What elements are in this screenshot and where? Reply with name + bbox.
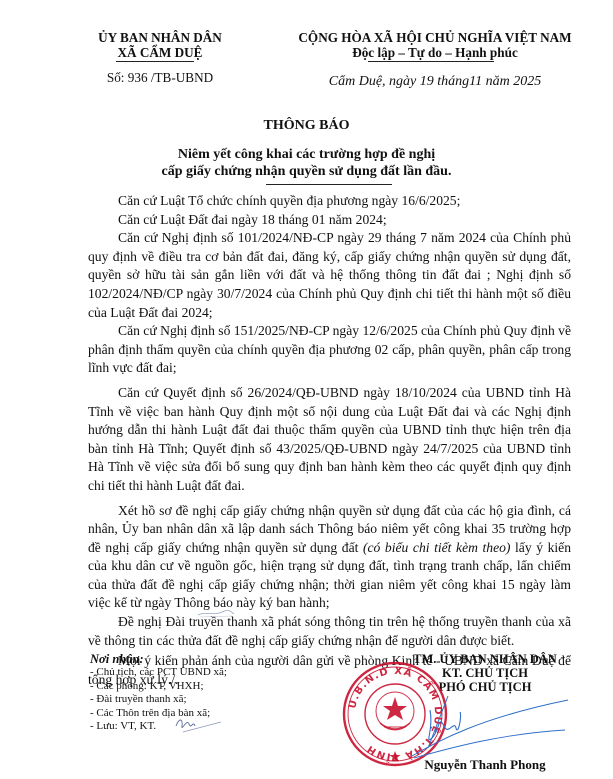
document-body: Căn cứ Luật Tổ chức chính quyền địa phươ… (88, 192, 571, 689)
recipient-item: - Chủ tịch, các PCT UBND xã; (90, 666, 300, 680)
recipients-heading: Nơi nhận: (90, 652, 300, 666)
recipient-item: - Đài truyền thanh xã; (90, 693, 300, 707)
legal-basis-4: Căn cứ Nghị định số 151/2025/NĐ-CP ngày … (88, 322, 571, 378)
place-date: Cẩm Duệ, ngày 19 tháng11 năm 2025 (265, 74, 605, 90)
subtitle-line-1: Niêm yết công khai các trường hợp đề ngh… (0, 146, 613, 163)
legal-basis-2: Căn cứ Luật Đất đai ngày 18 tháng 01 năm… (88, 211, 571, 230)
motto-underline (368, 61, 494, 62)
agency-underline (116, 61, 194, 62)
document-title: THÔNG BÁO (0, 118, 613, 134)
broadcast-paragraph: Đề nghị Đài truyền thanh xã phát sóng th… (88, 613, 571, 650)
handwritten-signature-icon (410, 690, 570, 760)
title-underline (266, 184, 392, 185)
signer-name: Nguyễn Thanh Phong (380, 757, 590, 772)
legal-basis-1: Căn cứ Luật Tổ chức chính quyền địa phươ… (88, 192, 571, 211)
national-title: CỘNG HÒA XÃ HỘI CHỦ NGHĨA VIỆT NAM (265, 30, 605, 45)
national-motto: Độc lập – Tự do – Hạnh phúc (265, 45, 605, 60)
review-paragraph: Xét hồ sơ đề nghị cấp giấy chứng nhận qu… (88, 502, 571, 614)
national-header-block: CỘNG HÒA XÃ HỘI CHỦ NGHĨA VIỆT NAM Độc l… (265, 30, 605, 90)
agency-name: ỦY BAN NHÂN DÂN (70, 30, 250, 45)
document-subtitle: Niêm yết công khai các trường hợp đề ngh… (0, 146, 613, 180)
legal-basis-5: Căn cứ Quyết định số 26/2024/QĐ-UBND ngà… (88, 384, 571, 496)
legal-basis-3: Căn cứ Nghị định số 101/2024/NĐ-CP ngày … (88, 229, 571, 322)
initials-signature-icon (173, 714, 223, 736)
document-number: Số: 936 /TB-UBND (70, 70, 250, 85)
issuing-agency-block: ỦY BAN NHÂN DÂN XÃ CẨM DUỆ Số: 936 /TB-U… (70, 30, 250, 85)
recipient-item: - Các phòng: KT, VHXH; (90, 680, 300, 694)
commune-name: XÃ CẨM DUỆ (70, 45, 250, 60)
attachment-note: (có biểu chi tiết kèm theo) (363, 540, 510, 555)
initials-mark-icon (196, 608, 236, 618)
subtitle-line-2: cấp giấy chứng nhận quyền sử dụng đất lầ… (0, 163, 613, 180)
